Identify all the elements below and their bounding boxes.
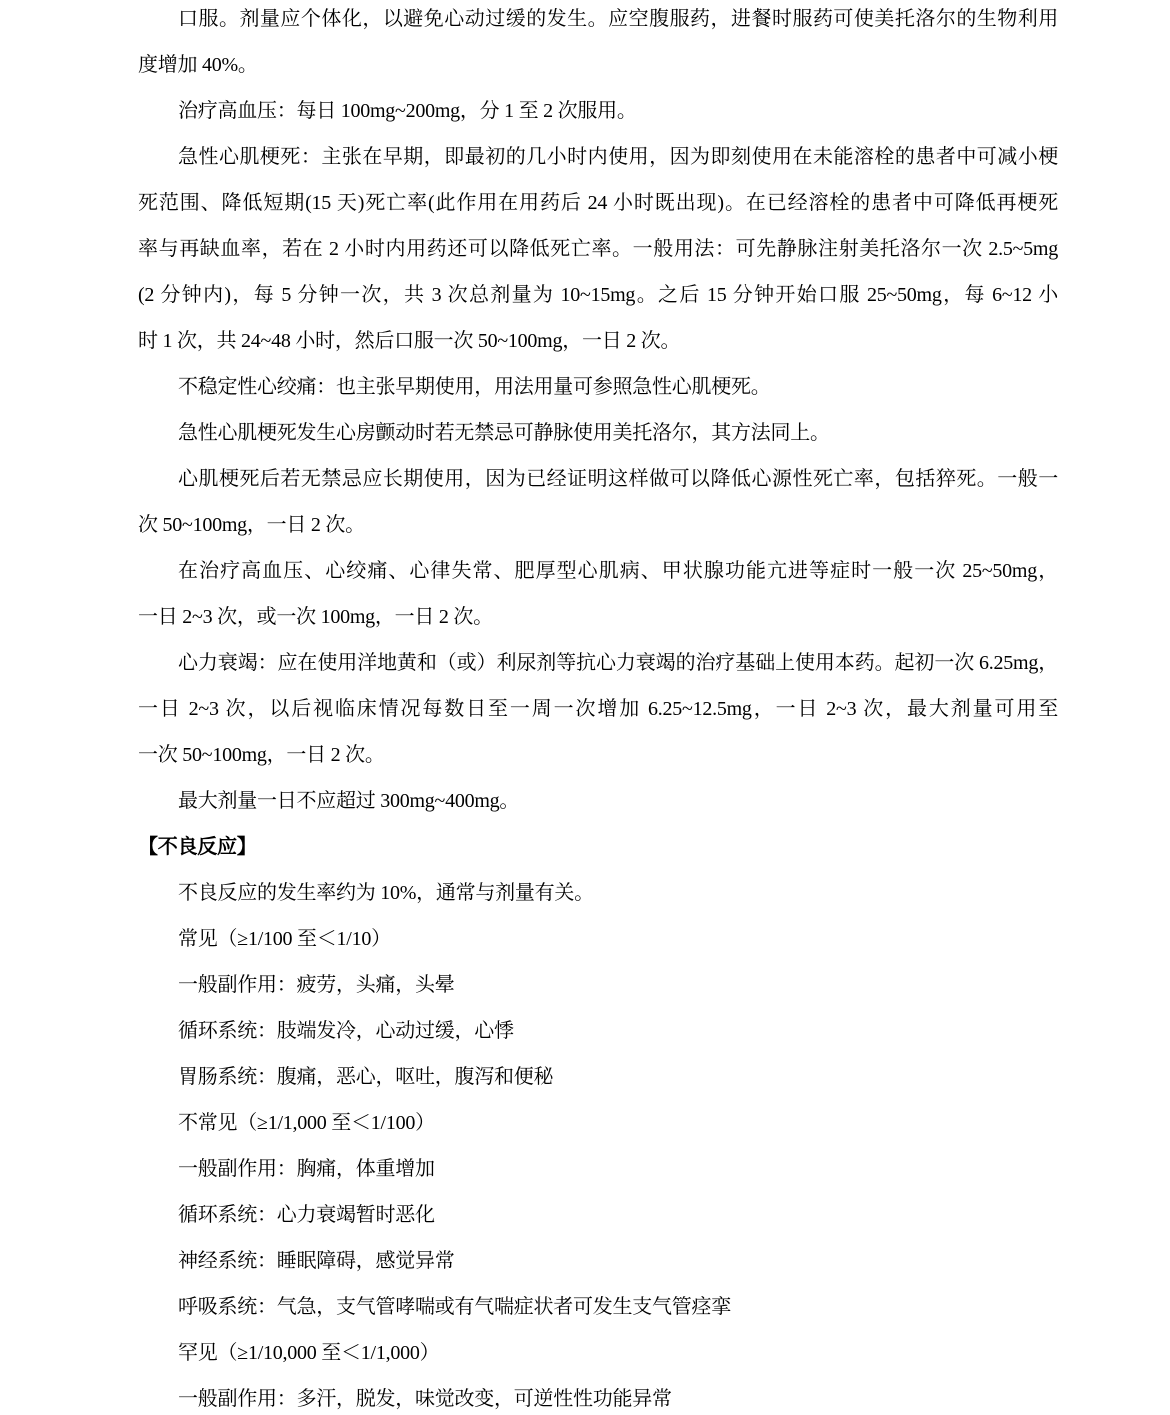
text-line: 一日 2~3 次，或一次 100mg，一日 2 次。 [138,594,1058,640]
text-line: 在治疗高血压、心绞痛、心律失常、肥厚型心肌病、甲状腺功能亢进等症时一般一次 25… [138,548,1058,594]
text-line: 时 1 次，共 24~48 小时，然后口服一次 50~100mg，一日 2 次。 [138,318,1058,364]
document-body: 口服。剂量应个体化，以避免心动过缓的发生。应空腹服药，进餐时服药可使美托洛尔的生… [0,0,1170,1415]
text-line: 急性心肌梗死：主张在早期，即最初的几小时内使用，因为即刻使用在未能溶栓的患者中可… [138,134,1058,180]
text-line: 次 50~100mg，一日 2 次。 [138,502,1058,548]
text-line: 不常见（≥1/1,000 至＜1/100） [138,1100,1058,1146]
text-line: 率与再缺血率，若在 2 小时内用药还可以降低死亡率。一般用法：可先静脉注射美托洛… [138,226,1058,272]
text-line: 治疗高血压：每日 100mg~200mg，分 1 至 2 次服用。 [138,88,1058,134]
text-line: 循环系统：肢端发冷，心动过缓，心悸 [138,1008,1058,1054]
text-line: 心力衰竭：应在使用洋地黄和（或）利尿剂等抗心力衰竭的治疗基础上使用本药。起初一次… [138,640,1058,686]
text-line: 循环系统：心力衰竭暂时恶化 [138,1192,1058,1238]
text-line: 一般副作用：疲劳，头痛，头晕 [138,962,1058,1008]
text-line: 一日 2~3 次，以后视临床情况每数日至一周一次增加 6.25~12.5mg，一… [138,686,1058,732]
document-page: { "page": { "background_color": "#ffffff… [0,0,1170,1415]
text-line: 度增加 40%。 [138,42,1058,88]
text-line: 心肌梗死后若无禁忌应长期使用，因为已经证明这样做可以降低心源性死亡率，包括猝死。… [138,456,1058,502]
text-line: 急性心肌梗死发生心房颤动时若无禁忌可静脉使用美托洛尔，其方法同上。 [138,410,1058,456]
text-line: 口服。剂量应个体化，以避免心动过缓的发生。应空腹服药，进餐时服药可使美托洛尔的生… [138,0,1058,42]
section-heading: 【不良反应】 [138,824,1058,870]
text-line: 呼吸系统：气急，支气管哮喘或有气喘症状者可发生支气管痉挛 [138,1284,1058,1330]
text-line: 不良反应的发生率约为 10%，通常与剂量有关。 [138,870,1058,916]
text-line: 一般副作用：胸痛，体重增加 [138,1146,1058,1192]
text-line: 常见（≥1/100 至＜1/10） [138,916,1058,962]
text-line: 胃肠系统：腹痛，恶心，呕吐，腹泻和便秘 [138,1054,1058,1100]
text-line: 死范围、降低短期(15 天)死亡率(此作用在用药后 24 小时既出现)。在已经溶… [138,180,1058,226]
text-line: 一般副作用：多汗，脱发，味觉改变，可逆性性功能异常 [138,1376,1058,1415]
text-line: 最大剂量一日不应超过 300mg~400mg。 [138,778,1058,824]
text-line: 一次 50~100mg，一日 2 次。 [138,732,1058,778]
text-line: 不稳定性心绞痛：也主张早期使用，用法用量可参照急性心肌梗死。 [138,364,1058,410]
text-line: 神经系统：睡眠障碍，感觉异常 [138,1238,1058,1284]
text-line: 罕见（≥1/10,000 至＜1/1,000） [138,1330,1058,1376]
text-line: (2 分钟内)，每 5 分钟一次，共 3 次总剂量为 10~15mg。之后 15… [138,272,1058,318]
